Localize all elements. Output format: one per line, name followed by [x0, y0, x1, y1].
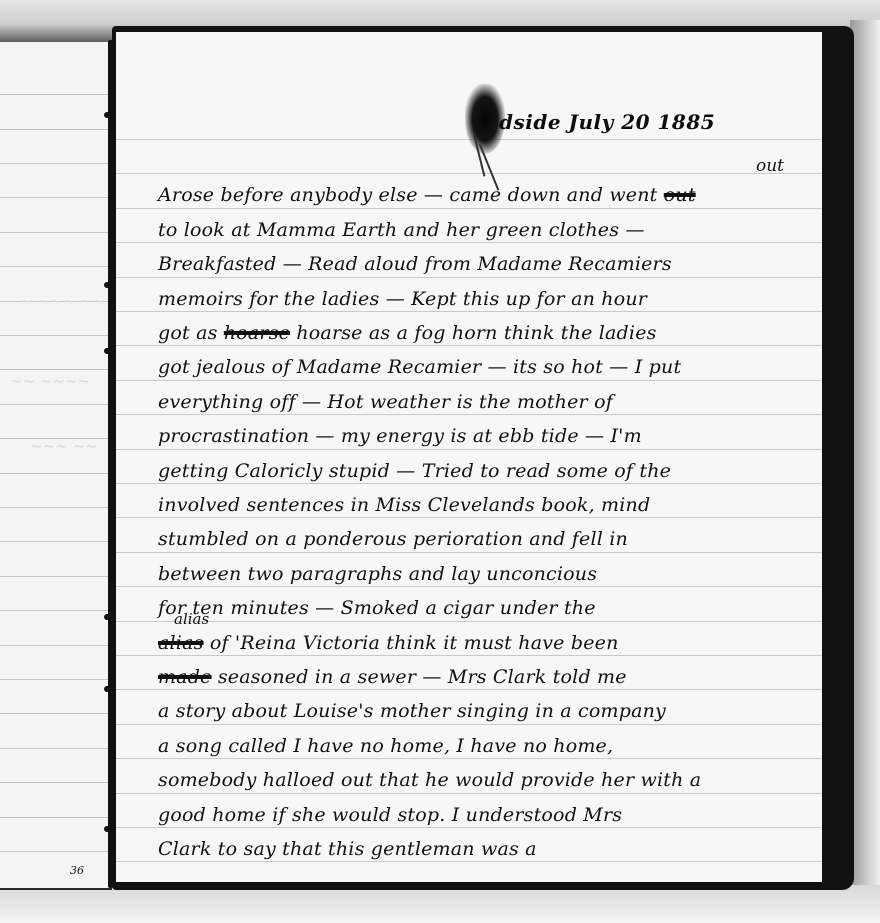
- line-text: of 'Reina Victoria think it must have be…: [210, 632, 619, 654]
- ruling-line: [0, 541, 112, 542]
- ruling-line: [0, 404, 112, 405]
- diary-line: involved sentences in Miss Clevelands bo…: [158, 494, 650, 516]
- binding-stitch: [104, 348, 114, 354]
- scan-bottom-background: [0, 885, 880, 923]
- show-through-ink: ~ ~~~ ~~: [20, 292, 105, 310]
- ruling-line: [0, 713, 112, 714]
- ruling-line: [116, 586, 822, 587]
- diary-line: between two paragraphs and lay unconciou…: [158, 563, 597, 585]
- ruling-line: [0, 576, 112, 577]
- ruling-line: [0, 129, 112, 130]
- ruling-line: [116, 517, 822, 518]
- ruling-line: [0, 232, 112, 233]
- diary-line: Clark to say that this gentleman was a: [158, 838, 537, 860]
- binding-stitch: [104, 826, 114, 832]
- ruling-line: [0, 782, 112, 783]
- ruling-line: [116, 483, 822, 484]
- ruling-line: [116, 758, 822, 759]
- show-through-ink: ~~~ ~~: [30, 437, 98, 455]
- ruling-line: [116, 242, 822, 243]
- page-number: 36: [70, 864, 84, 877]
- diary-line: somebody halloed out that he would provi…: [158, 769, 701, 791]
- ruling-line: [0, 197, 112, 198]
- diary-line: got as hoarse hoarse as a fog horn think…: [158, 322, 657, 344]
- ruling-line: [116, 655, 822, 656]
- ruling-line: [116, 861, 822, 862]
- ruling-line: [0, 610, 112, 611]
- header-date: July 20 1885: [569, 110, 716, 134]
- binding-stitch: [104, 686, 114, 692]
- struck-word: made: [158, 666, 212, 688]
- ruling-line: [0, 851, 112, 852]
- diary-line: a song called I have no home, I have no …: [158, 735, 613, 757]
- header-place-fragment: dside: [499, 110, 561, 134]
- ruling-line: [116, 173, 822, 174]
- diary-line: Breakfasted — Read aloud from Madame Rec…: [158, 253, 672, 275]
- struck-word: hoarse: [224, 322, 290, 344]
- scan-right-shadow: [850, 20, 880, 900]
- ruling-line: [0, 94, 112, 95]
- ruling-line: [0, 817, 112, 818]
- right-page: dside July 20 1885 out alias Arose befor…: [116, 32, 822, 882]
- diary-line: stumbled on a ponderous perioration and …: [158, 528, 628, 550]
- binding-stitch: [104, 282, 114, 288]
- notebook-spine: [108, 40, 113, 888]
- diary-line: made seasoned in a sewer — Mrs Clark tol…: [158, 666, 627, 688]
- line-text: hoarse as a fog horn think the ladies: [296, 322, 656, 344]
- insertion-out: out: [756, 156, 784, 176]
- ruling-line: [116, 793, 822, 794]
- diary-line: Arose before anybody else — came down an…: [158, 184, 696, 206]
- line-text: Arose before anybody else — came down an…: [158, 184, 658, 206]
- diary-line: got jealous of Madame Recamier — its so …: [158, 356, 681, 378]
- ruling-line: [116, 208, 822, 209]
- ruling-line: [0, 163, 112, 164]
- left-page: ~ ~~~ ~~ ~~ ~~~~ ~~~ ~~ 36: [0, 42, 112, 890]
- binding-stitch: [104, 112, 114, 118]
- diary-line: memoirs for the ladies — Kept this up fo…: [158, 288, 647, 310]
- diary-line: a story about Louise's mother singing in…: [158, 700, 666, 722]
- ruling-line: [0, 679, 112, 680]
- ruling-line: [0, 645, 112, 646]
- diary-line: procrastination — my energy is at ebb ti…: [158, 425, 642, 447]
- diary-line: good home if she would stop. I understoo…: [158, 804, 622, 826]
- struck-word: out: [664, 184, 696, 206]
- ruling-line: [0, 507, 112, 508]
- struck-word: alias: [158, 632, 204, 654]
- entry-header: dside July 20 1885: [499, 110, 715, 134]
- binding-stitch: [104, 614, 114, 620]
- ruling-line: [116, 380, 822, 381]
- line-text: seasoned in a sewer — Mrs Clark told me: [218, 666, 627, 688]
- ruling-line: [116, 689, 822, 690]
- ruling-line: [116, 724, 822, 725]
- diary-line: to look at Mamma Earth and her green clo…: [158, 219, 645, 241]
- ruling-line: [116, 449, 822, 450]
- ruling-line: [116, 311, 822, 312]
- diary-line: getting Caloricly stupid — Tried to read…: [158, 460, 671, 482]
- ruling-line: [0, 335, 112, 336]
- ruling-line: [0, 266, 112, 267]
- ruling-line: [0, 369, 112, 370]
- ruling-line: [116, 345, 822, 346]
- ruling-line: [0, 473, 112, 474]
- show-through-ink: ~~ ~~~~: [10, 372, 90, 390]
- ruling-line: [116, 414, 822, 415]
- diary-line: everything off — Hot weather is the moth…: [158, 391, 613, 413]
- ruling-line: [116, 277, 822, 278]
- line-text: got as: [158, 322, 218, 344]
- ruling-line: [0, 748, 112, 749]
- ruling-line: [116, 621, 822, 622]
- ruling-line: [116, 552, 822, 553]
- diary-line: for ten minutes — Smoked a cigar under t…: [158, 597, 596, 619]
- diary-line: alias of 'Reina Victoria think it must h…: [158, 632, 619, 654]
- ruling-line: [116, 827, 822, 828]
